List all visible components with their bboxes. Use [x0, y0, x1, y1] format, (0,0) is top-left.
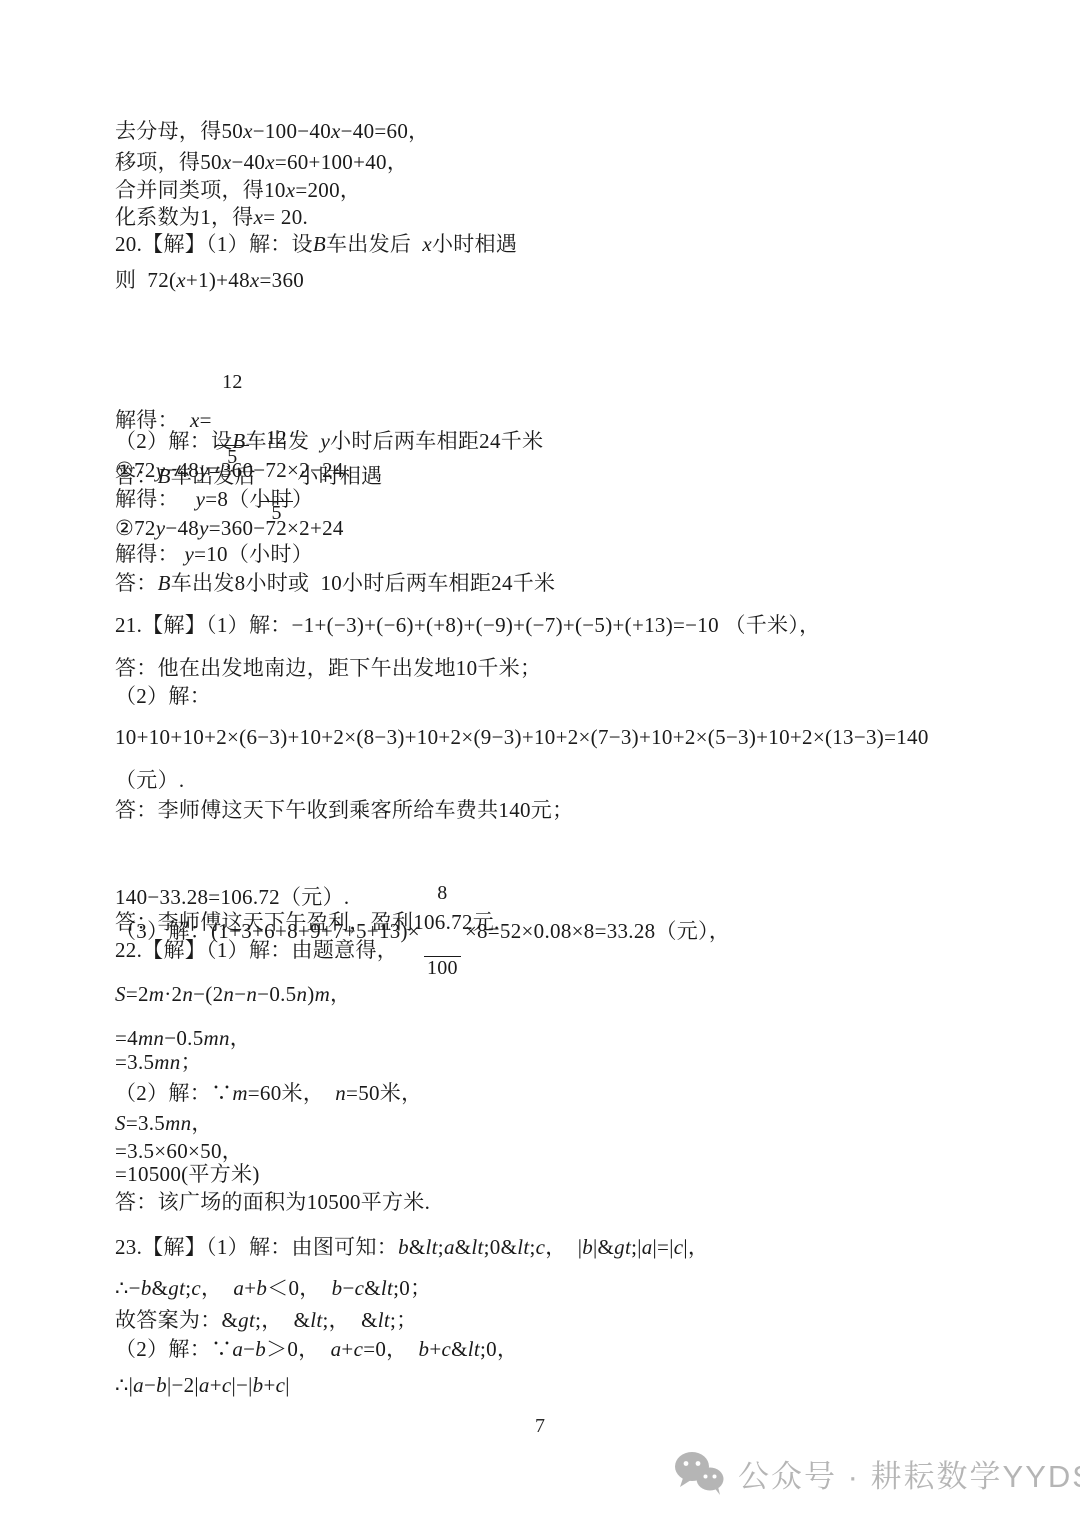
equation-line: 10+10+10+2×(6−3)+10+2×(8−3)+10+2×(9−3)+1… — [115, 724, 929, 750]
answer-line: 答：他在出发地南边，距下午出发地10千米； — [115, 655, 541, 681]
text-line: （2）解： — [115, 683, 211, 709]
equation-line: =10500(平方米) — [115, 1161, 260, 1187]
equation-line: S=2m·2n−(2n−n−0.5n)m， — [115, 981, 351, 1007]
text-line: 移项，得50x−40x=60+100+40， — [115, 149, 408, 175]
text-line: 故答案为：&gt;， &lt;， &lt;； — [115, 1307, 417, 1333]
fraction-denominator: 100 — [424, 956, 461, 979]
text-line: （2）解：∵m=60米， n=50米， — [115, 1080, 422, 1106]
text-line: 去分母，得50x−100−40x−40=60， — [115, 118, 429, 144]
text-line: 合并同类项，得10x=200， — [115, 177, 361, 203]
wechat-icon — [672, 1450, 726, 1496]
wechat-brand-footer: 公众号 · 耕耘数学YYDS — [672, 1450, 1080, 1496]
text-line: （2）解：∵a−b＞0， a+c=0， b+c&lt;0， — [115, 1336, 518, 1362]
text-line: （元）. — [115, 767, 184, 793]
answer-line: 答：李师傅这天下午盈利，盈利106.72元. — [115, 909, 500, 935]
fraction-numerator: 8 — [424, 882, 461, 904]
equation-line: 解得： y=8（小时） — [115, 486, 313, 512]
equation-line: ①72y−48y=360−72×2−24 — [115, 457, 344, 483]
answer-line: 答：B车出发8小时或 10小时后两车相距24千米 — [115, 570, 555, 596]
equation-line: 则 72(x+1)+48x=360 — [115, 267, 304, 293]
answer-line: 答：李师傅这天下午收到乘客所给车费共140元； — [115, 797, 573, 823]
equation-line: S=3.5mn， — [115, 1110, 213, 1136]
equation-line: 140−33.28=106.72（元）. — [115, 884, 349, 910]
problem-21-header: 21.【解】（1）解：−1+(−3)+(−6)+(+8)+(−9)+(−7)+(… — [115, 612, 820, 638]
page-number: 7 — [0, 1415, 1080, 1438]
problem-22-header: 22.【解】（1）解：由题意得， — [115, 937, 398, 963]
equation-line: ∴−b&gt;c， a+b＜0， b−c&lt;0； — [115, 1275, 431, 1301]
equation-line: ②72y−48y=360−72×2+24 — [115, 515, 344, 541]
text-line: 化系数为1，得x= 20. — [115, 204, 308, 230]
equation-line: =3.5mn； — [115, 1049, 202, 1075]
answer-line: 答：该广场的面积为10500平方米. — [115, 1189, 430, 1215]
equation-line: 解得： y=10（小时） — [115, 541, 313, 567]
problem-20-header: 20.【解】（1）解：设B车出发后 x小时相遇 — [115, 231, 517, 257]
text-line: （2）解：设B车出发 y小时后两车相距24千米 — [115, 428, 543, 454]
problem-23-header: 23.【解】（1）解：由图可知：b&lt;a&lt;0&lt;c， |b|&gt… — [115, 1234, 709, 1260]
equation-line: =4mn−0.5mn， — [115, 1025, 251, 1051]
equation-text: ×8=52×0.08×8=33.28（元）， — [465, 918, 730, 944]
brand-text: 公众号 · 耕耘数学YYDS — [738, 1451, 1080, 1496]
document-page: 去分母，得50x−100−40x−40=60， 移项，得50x−40x=60+1… — [0, 0, 1080, 1527]
equation-line: ∴|a−b|−2|a+c|−|b+c| — [115, 1372, 290, 1398]
